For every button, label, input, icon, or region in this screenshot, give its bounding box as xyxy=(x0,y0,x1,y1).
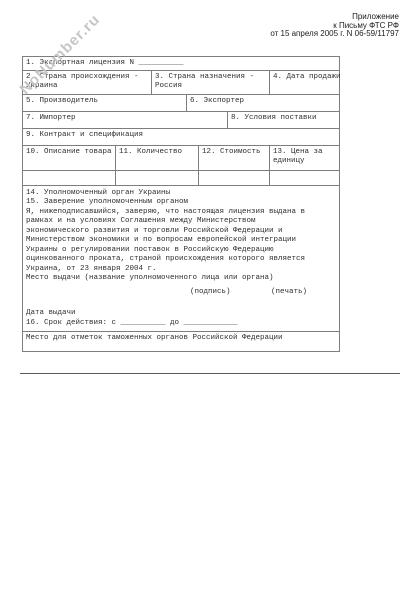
unit-price-value xyxy=(269,171,339,185)
section-authorized-body: 14. Уполномоченный орган Украины 15. Зав… xyxy=(23,186,339,332)
cert-line: Я, нижеподписавшийся, заверяю, что насто… xyxy=(26,208,335,218)
field-producer: 5. Производитель xyxy=(23,95,186,111)
field-quantity: 11. Количество xyxy=(115,146,198,170)
issue-place-line: Место выдачи (название уполномоченного л… xyxy=(26,274,335,284)
cost-value xyxy=(198,171,269,185)
signature-stamp-row: (подпись) (печать) xyxy=(26,288,335,298)
cert-line: экономического развития и торговли Росси… xyxy=(26,227,335,237)
field-delivery-terms: 8. Условия поставки xyxy=(227,112,339,128)
field-country-destination: 3. Страна назначения - Россия xyxy=(151,71,269,94)
cert-line: 14. Уполномоченный орган Украины xyxy=(26,189,335,199)
cert-line: 15. Заверение уполномоченным органом xyxy=(26,198,335,208)
form-row-license: 1. Экспортная лицензия N __________ xyxy=(22,56,340,71)
form-row-customs-marks: Место для отметок таможенных органов Рос… xyxy=(22,331,340,352)
form-row-certification: 14. Уполномоченный орган Украины 15. Зав… xyxy=(22,185,340,333)
validity-period-field: 16. Срок действия: с __________ до _____… xyxy=(26,319,335,329)
field-goods-description: 10. Описание товара xyxy=(23,146,115,170)
cert-line: оцинкованного проката, страной происхожд… xyxy=(26,255,335,265)
divider-rule xyxy=(20,373,400,374)
signature-label: (подпись) xyxy=(190,288,231,296)
field-unit-price: 13. Цена за единицу xyxy=(269,146,339,170)
field-export-license-number: 1. Экспортная лицензия N __________ xyxy=(23,57,339,70)
cert-line: Украины о регулировании поставок в Росси… xyxy=(26,246,335,256)
field-exporter: 6. Экспортер xyxy=(186,95,339,111)
cert-line: Министерством экономики и по вопросам ев… xyxy=(26,236,335,246)
document-page: NoNumber.ru Приложение к Письму ФТС РФ о… xyxy=(0,0,420,600)
stamp-label: (печать) xyxy=(271,288,307,296)
field-contract-specification: 9. Контракт и спецификация xyxy=(23,129,339,145)
form-row-goods-header: 10. Описание товара 11. Количество 12. С… xyxy=(22,145,340,171)
field-cost: 12. Стоимость xyxy=(198,146,269,170)
quantity-value xyxy=(115,171,198,185)
issue-date-label: Дата выдачи xyxy=(26,309,335,319)
doc-header: Приложение к Письму ФТС РФ от 15 апреля … xyxy=(0,0,399,39)
form-row-goods-empty xyxy=(22,170,340,186)
cert-line: рамках и на условиях Соглашения между Ми… xyxy=(26,217,335,227)
export-license-form: 1. Экспортная лицензия N __________ 2. С… xyxy=(22,56,340,353)
field-importer: 7. Импортер xyxy=(23,112,227,128)
customs-marks-note: Место для отметок таможенных органов Рос… xyxy=(23,332,339,351)
cert-line: Украина, от 23 января 2004 г. xyxy=(26,265,335,275)
form-row-contract: 9. Контракт и спецификация xyxy=(22,128,340,146)
form-row-countries: 2. Страна происхождения - Украина 3. Стр… xyxy=(22,70,340,95)
form-row-producer-exporter: 5. Производитель 6. Экспортер xyxy=(22,94,340,112)
goods-description-value xyxy=(23,171,115,185)
field-sale-date: 4. Дата продажи xyxy=(269,71,343,94)
form-row-importer-terms: 7. Импортер 8. Условия поставки xyxy=(22,111,340,129)
header-line-3: от 15 апреля 2005 г. N 06-59/11797 xyxy=(0,30,399,39)
